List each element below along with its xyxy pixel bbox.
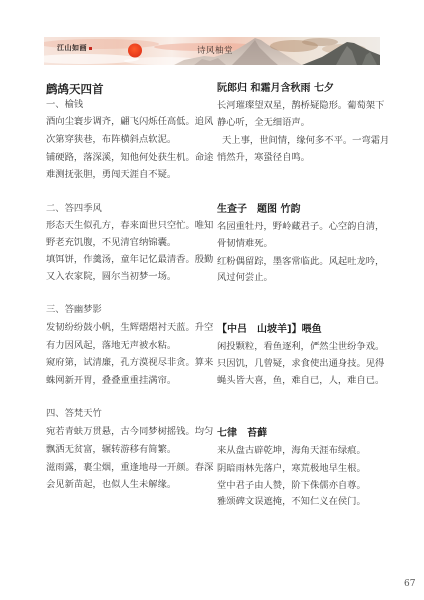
poem-line: 悄然升，寒蛩径自鸣。 xyxy=(217,149,310,167)
poem-line: 难测抚张胆，勇闯天涯自不疑。 xyxy=(46,166,176,184)
poem-line: 长河璀璨望双星，鹊桥疑隐形。葡萄架下 xyxy=(217,97,384,115)
poem-line: 填饵饼，作羹汤，童年记忆最清香。殷勤 xyxy=(46,251,213,269)
poem-line: 静心听，全无细语声。 xyxy=(217,114,310,132)
poem-title: 阮郎归 和霜月含秋雨 七夕 xyxy=(217,80,334,98)
poem-line: 野老充饥腹，不见清官纳锦囊。 xyxy=(46,234,176,252)
poem-line: 骨韧情难死。 xyxy=(217,235,273,253)
poem-line: 蝇头皆大喜，鱼，难自已，人，难自已。 xyxy=(217,372,384,390)
poem-line: 滋雨露，裹尘烟，重逢地母一开颜。春深 xyxy=(46,459,213,477)
poem-line: 有力因风起，落地无声被水粘。 xyxy=(46,337,176,355)
poem-line: 风过何尝止。 xyxy=(217,269,273,287)
poem-line: 阴暗雨林先落户，寒荒极地早生根。 xyxy=(217,460,366,478)
poem-title: 七律 苔藓 xyxy=(217,425,267,443)
red-seal-icon xyxy=(89,47,92,50)
page-number: 67 xyxy=(404,578,415,590)
poem-line: 名园重牡丹，野岭藏君子。心空韵自清， xyxy=(217,218,384,236)
poem-line: 闲投颗粒，看鱼逐利，俨然尘世纷争戏。 xyxy=(217,338,384,356)
poem-line: 会见新苗起，也似人生未解缘。 xyxy=(46,476,176,494)
poem-subtitle: 四、答梵天竹 xyxy=(46,405,102,423)
banner-calligraphy-title: 江山如画 xyxy=(57,43,87,53)
poem-line: 只因饥，几曾疑，求食使出通身技。见得 xyxy=(217,355,384,373)
poem-line: 酒向尘寰步调齐，翩飞闪烁任高低。追风 xyxy=(46,113,213,131)
document-page: 江山如画 诗风柚堂 鹧鸪天四首 一、榆钱 酒向尘寰步调齐，翩飞闪烁任高低。追风 … xyxy=(0,0,424,600)
header-banner: 江山如画 诗风柚堂 xyxy=(44,37,380,65)
poem-line: 铺硬路，落深溪，知他何处获生机。命途 xyxy=(46,149,213,167)
poem-title: 生查子 题图 竹韵 xyxy=(217,201,300,219)
poem-line: 形态天生似孔方，春来面世只空忙。唯知 xyxy=(46,217,213,235)
poem-title: 【中吕 山坡羊]】喂鱼 xyxy=(217,321,322,339)
poem-line: 蛛网新开胃，叠叠重重挂满帘。 xyxy=(46,372,176,390)
poem-line: 窥府第，试清廉，孔方漠视尽非贪。算来 xyxy=(46,354,213,372)
poem-line: 来从盘古辟乾坤，海角天涯布绿痕。 xyxy=(217,442,366,460)
banner-center-title: 诗风柚堂 xyxy=(197,45,233,57)
poem-subtitle: 二、答四季风 xyxy=(46,200,102,218)
poem-line: 雅颂碑文误遮掩，不知仁义在侯门。 xyxy=(217,493,366,511)
poem-line: 次第穿狭巷，布阵横斜点软泥。 xyxy=(46,131,176,149)
poem-line: 又入农家院，圆尔当初梦一场。 xyxy=(46,268,176,286)
poem-subtitle: 一、榆钱 xyxy=(46,96,83,114)
poem-line: 天上事，世间情，缘何多不平。一弯霜月 xyxy=(222,132,389,150)
poem-subtitle: 三、答幽梦影 xyxy=(46,301,102,319)
poem-line: 发韧纷纷鼓小帆，生辉熠熠衬天蓝。升空 xyxy=(46,319,213,337)
poem-line: 宛若青蚨万贯悬，古今同梦树摇钱。均匀 xyxy=(46,423,213,441)
poem-line: 飘洒无贫富，辗转游移有简繁。 xyxy=(46,441,176,459)
